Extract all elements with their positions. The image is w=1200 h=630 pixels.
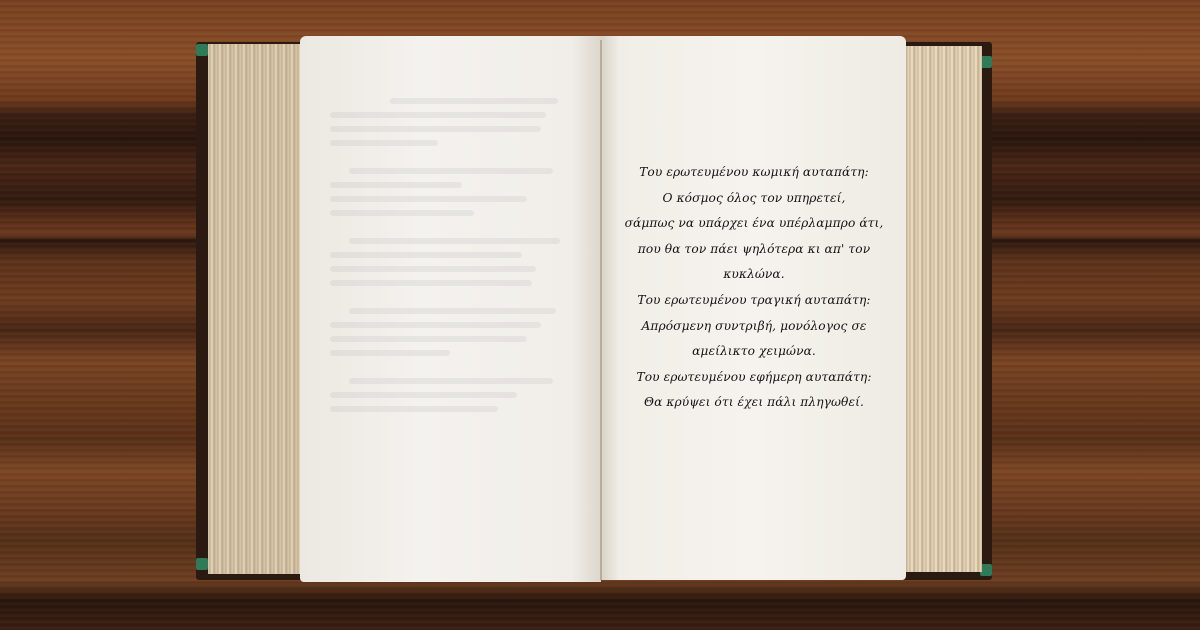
page-edges-left xyxy=(208,44,304,574)
poem-line: Ο κόσμος όλος τον υπηρετεί, xyxy=(606,186,902,212)
cover-corner-top-left xyxy=(196,44,208,56)
poem-line: Απρόσμενη συντριβή, μονόλογος σε xyxy=(606,314,902,340)
poem-text: Του ερωτευμένου κωμική αυταπάτη: Ο κόσμο… xyxy=(606,160,902,416)
poem-line: αμείλικτο χειμώνα. xyxy=(606,339,902,365)
poem-line: Του ερωτευμένου εφήμερη αυταπάτη: xyxy=(606,365,902,391)
cover-corner-bottom-left xyxy=(196,558,208,570)
poem-line: Θα κρύψει ότι έχει πάλι πληγωθεί. xyxy=(606,390,902,416)
poem-line: σάμπως να υπάρχει ένα υπέρλαμπρο άτι, xyxy=(606,211,902,237)
book-gutter xyxy=(600,40,602,580)
poem-line: Του ερωτευμένου κωμική αυταπάτη: xyxy=(606,160,902,186)
poem-line: κυκλώνα. xyxy=(606,262,902,288)
left-page-faint-text xyxy=(330,90,570,420)
poem-line: που θα τον πάει ψηλότερα κι απ' τον xyxy=(606,237,902,263)
page-edges-right xyxy=(900,46,982,572)
poem-line: Του ερωτευμένου τραγική αυταπάτη: xyxy=(606,288,902,314)
